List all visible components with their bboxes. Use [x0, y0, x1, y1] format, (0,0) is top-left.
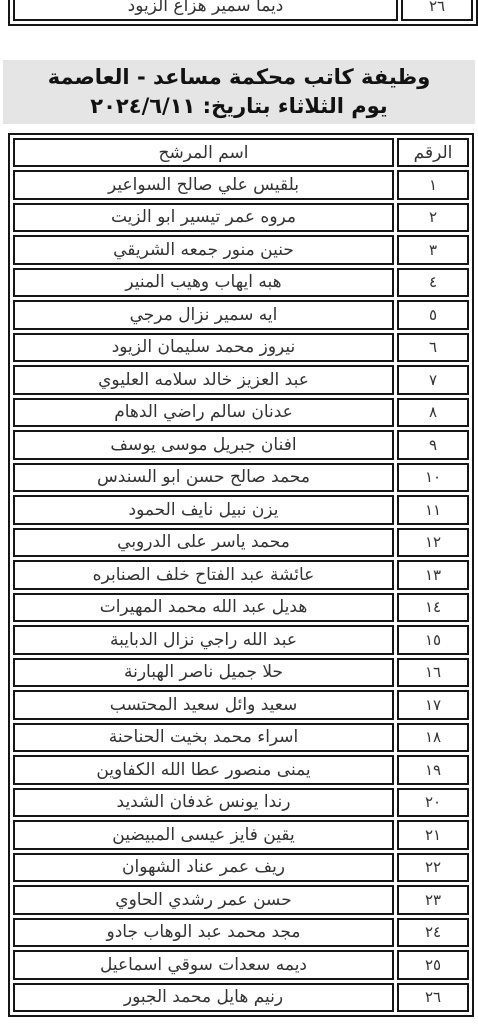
candidate-name-cell: رنيم هايل محمد الجبور: [13, 983, 394, 1013]
candidate-number-cell: ٢٦: [401, 0, 473, 21]
table-row: ٧ عبد العزيز خالد سلامه العليوي: [13, 365, 469, 395]
candidate-number-cell: ١٦: [397, 658, 469, 688]
candidate-name-cell: ديمه سعدات سوقي اسماعيل: [13, 950, 394, 980]
candidate-name-cell: عبد الله راجي نزال الدبايبة: [13, 625, 394, 655]
candidate-number-cell: ٢٠: [397, 788, 469, 818]
candidate-name-cell: حسن عمر رشدي الحاوي: [13, 885, 394, 915]
candidate-name-cell: افنان جبريل موسى يوسف: [13, 430, 394, 460]
job-banner: وظيفة كاتب محكمة مساعد - العاصمة يوم الث…: [3, 60, 475, 124]
table-row: ١٠ محمد صالح حسن ابو السندس: [13, 463, 469, 493]
candidate-name-cell: هديل عبد الله محمد المهيرات: [13, 593, 394, 623]
table-row: ١٤ هديل عبد الله محمد المهيرات: [13, 593, 469, 623]
table-row: ٢٦ رنيم هايل محمد الجبور: [13, 983, 469, 1013]
candidate-name-cell: مروه عمر تيسير ابو الزيت: [13, 203, 394, 233]
table-row: ١٩ يمنى منصور عطا الله الكفاوين: [13, 755, 469, 785]
candidate-name-cell: حنين منور جمعه الشريقي: [13, 235, 394, 265]
candidate-number-cell: ٢: [397, 203, 469, 233]
table-header-row: الرقم اسم المرشح: [13, 138, 469, 167]
candidate-number-cell: ٢١: [397, 820, 469, 850]
candidate-number-cell: ٢٤: [397, 918, 469, 948]
candidate-number-cell: ١٧: [397, 690, 469, 720]
candidate-number-cell: ١٥: [397, 625, 469, 655]
candidate-name-cell: رندا يونس غدفان الشديد: [13, 788, 394, 818]
candidate-number-cell: ٣: [397, 235, 469, 265]
table-row: ٤ هبه ايهاب وهيب المنير: [13, 268, 469, 298]
candidate-number-cell: ١: [397, 170, 469, 200]
candidate-number-cell: ١٣: [397, 560, 469, 590]
table-row: ١١ يزن نبيل نايف الحمود: [13, 495, 469, 525]
candidates-table: الرقم اسم المرشح ١ بلقيس علي صالح السواع…: [8, 133, 474, 1017]
candidate-name-cell: محمد صالح حسن ابو السندس: [13, 463, 394, 493]
table-row: ١٧ سعيد وائل سعيد المحتسب: [13, 690, 469, 720]
table-row: ٢٤ مجد محمد عبد الوهاب جادو: [13, 918, 469, 948]
candidate-number-cell: ١٠: [397, 463, 469, 493]
candidate-name-cell: يقين فايز عيسى المبيضين: [13, 820, 394, 850]
candidate-number-cell: ٧: [397, 365, 469, 395]
candidate-number-cell: ٨: [397, 398, 469, 428]
table-row: ١ بلقيس علي صالح السواعير: [13, 170, 469, 200]
candidate-name-cell: عائشة عبد الفتاح خلف الصنابره: [13, 560, 394, 590]
candidate-name-cell: اسراء محمد بخيت الحناحنة: [13, 723, 394, 753]
candidate-number-cell: ٦: [397, 333, 469, 363]
candidate-name-cell: بلقيس علي صالح السواعير: [13, 170, 394, 200]
candidate-number-cell: ٥: [397, 300, 469, 330]
candidate-name-cell: ديما سمير هزاع الزيود: [13, 0, 398, 21]
table-row: ٦ نيروز محمد سليمان الزيود: [13, 333, 469, 363]
candidate-number-cell: ٩: [397, 430, 469, 460]
table-row: ١٣ عائشة عبد الفتاح خلف الصنابره: [13, 560, 469, 590]
candidate-name-cell: عبد العزيز خالد سلامه العليوي: [13, 365, 394, 395]
candidate-number-cell: ١١: [397, 495, 469, 525]
table-row: ٥ ايه سمير نزال مرجي: [13, 300, 469, 330]
previous-table: ٢٦ ديما سمير هزاع الزيود: [8, 0, 478, 26]
candidate-number-cell: ٢٥: [397, 950, 469, 980]
table-row: ١٦ حلا جميل ناصر الهبارنة: [13, 658, 469, 688]
table-row: ٢٠ رندا يونس غدفان الشديد: [13, 788, 469, 818]
candidate-name-cell: هبه ايهاب وهيب المنير: [13, 268, 394, 298]
header-number: الرقم: [397, 138, 469, 167]
table-row: ٣ حنين منور جمعه الشريقي: [13, 235, 469, 265]
candidate-name-cell: حلا جميل ناصر الهبارنة: [13, 658, 394, 688]
table-row: ١٨ اسراء محمد بخيت الحناحنة: [13, 723, 469, 753]
table-row: ٢٣ حسن عمر رشدي الحاوي: [13, 885, 469, 915]
candidate-name-cell: مجد محمد عبد الوهاب جادو: [13, 918, 394, 948]
candidate-number-cell: ٢٣: [397, 885, 469, 915]
candidate-number-cell: ١٤: [397, 593, 469, 623]
candidate-number-cell: ١٩: [397, 755, 469, 785]
table-row: ١٢ محمد ياسر على الدروبي: [13, 528, 469, 558]
document-page: { "previous_table": { "last_row": { "num…: [0, 0, 478, 1024]
table-row: ٢٢ ريف عمر عناد الشهوان: [13, 853, 469, 883]
candidate-name-cell: عدنان سالم راضي الدهام: [13, 398, 394, 428]
candidate-number-cell: ٤: [397, 268, 469, 298]
candidate-number-cell: ١٢: [397, 528, 469, 558]
previous-table-row: ٢٦ ديما سمير هزاع الزيود: [13, 0, 473, 21]
table-row: ١٥ عبد الله راجي نزال الدبايبة: [13, 625, 469, 655]
candidate-name-cell: يمنى منصور عطا الله الكفاوين: [13, 755, 394, 785]
table-row: ٢٥ ديمه سعدات سوقي اسماعيل: [13, 950, 469, 980]
candidate-number-cell: ٢٦: [397, 983, 469, 1013]
job-date: يوم الثلاثاء بتاريخ: ٢٠٢٤/٦/١١: [7, 92, 471, 121]
candidate-name-cell: محمد ياسر على الدروبي: [13, 528, 394, 558]
candidate-name-cell: يزن نبيل نايف الحمود: [13, 495, 394, 525]
candidate-name-cell: ريف عمر عناد الشهوان: [13, 853, 394, 883]
header-name: اسم المرشح: [13, 138, 394, 167]
candidate-name-cell: سعيد وائل سعيد المحتسب: [13, 690, 394, 720]
candidate-number-cell: ٢٢: [397, 853, 469, 883]
table-row: ٨ عدنان سالم راضي الدهام: [13, 398, 469, 428]
candidate-name-cell: نيروز محمد سليمان الزيود: [13, 333, 394, 363]
job-title: وظيفة كاتب محكمة مساعد - العاصمة: [7, 63, 471, 92]
table-row: ٢ مروه عمر تيسير ابو الزيت: [13, 203, 469, 233]
candidate-number-cell: ١٨: [397, 723, 469, 753]
table-row: ٢١ يقين فايز عيسى المبيضين: [13, 820, 469, 850]
candidate-name-cell: ايه سمير نزال مرجي: [13, 300, 394, 330]
table-row: ٩ افنان جبريل موسى يوسف: [13, 430, 469, 460]
